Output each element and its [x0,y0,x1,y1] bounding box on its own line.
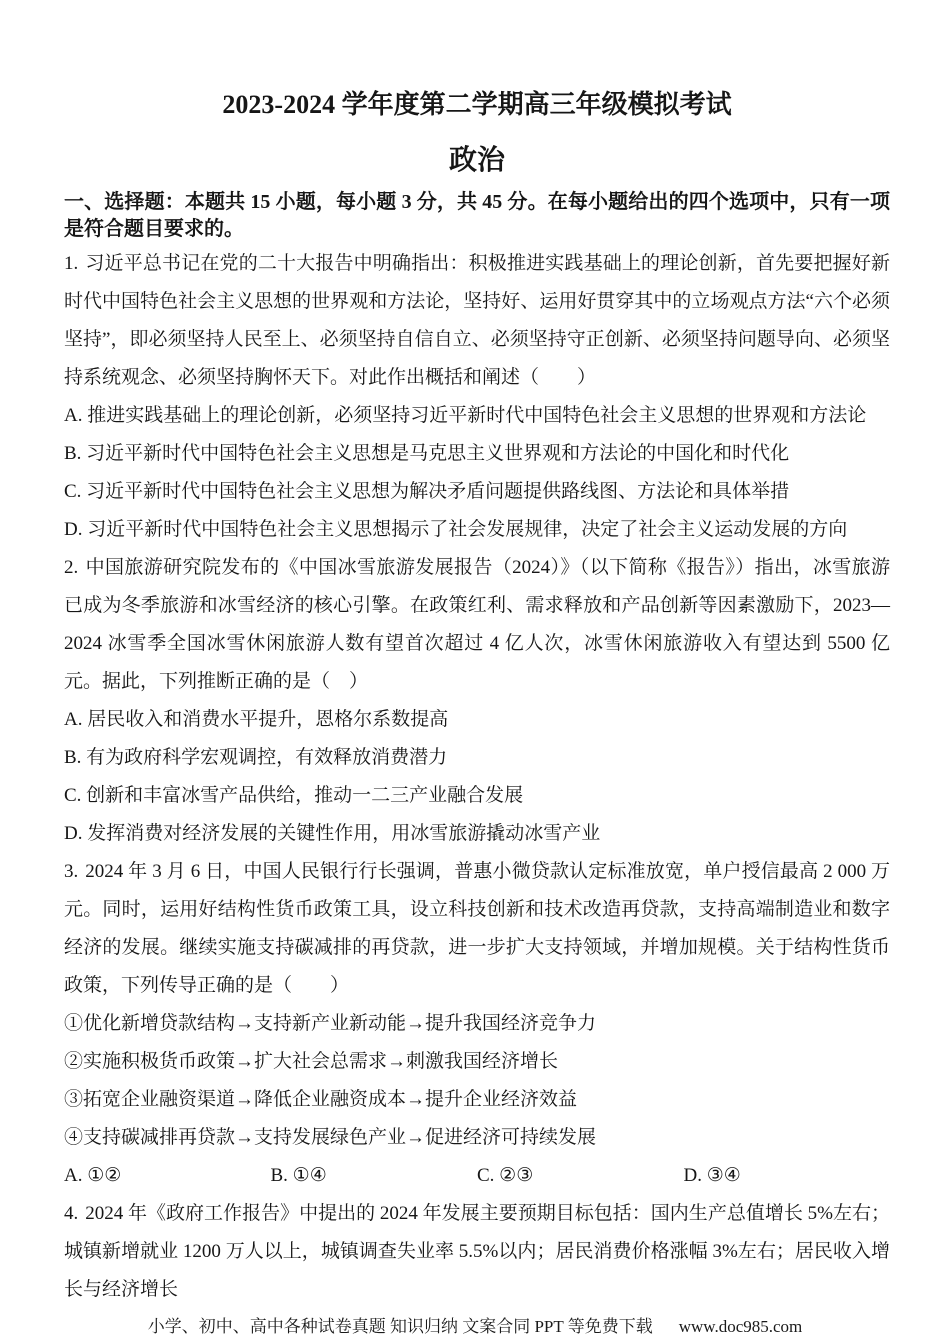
question-1-option-a: A. 推进实践基础上的理论创新，必须坚持习近平新时代中国特色社会主义思想的世界观… [64,397,890,435]
exam-paper-page: 2023-2024 学年度第二学期高三年级模拟考试 政治 一、选择题：本题共 1… [0,0,950,1344]
exam-title: 2023-2024 学年度第二学期高三年级模拟考试 [64,88,890,122]
question-3-item-2: ②实施积极货币政策→扩大社会总需求→刺激我国经济增长 [64,1043,890,1081]
question-1-option-d: D. 习近平新时代中国特色社会主义思想揭示了社会发展规律，决定了社会主义运动发展… [64,511,890,549]
question-3: 3.2024 年 3 月 6 日，中国人民银行行长强调，普惠小微贷款认定标准放宽… [64,853,890,1195]
section-one-heading: 一、选择题：本题共 15 小题，每小题 3 分，共 45 分。在每小题给出的四个… [64,189,890,243]
question-1: 1.习近平总书记在党的二十大报告中明确指出：积极推进实践基础上的理论创新，首先要… [64,245,890,549]
footer-site-url: www.doc985.com [679,1317,803,1336]
question-3-number: 3. [64,861,78,882]
question-4: 4.2024 年《政府工作报告》中提出的 2024 年发展主要预期目标包括：国内… [64,1195,890,1309]
question-2: 2.中国旅游研究院发布的《中国冰雪旅游发展报告（2024）》（以下简称《报告》）… [64,549,890,853]
question-4-number: 4. [64,1203,78,1224]
question-1-option-c: C. 习近平新时代中国特色社会主义思想为解决矛盾问题提供路线图、方法论和具体举措 [64,473,890,511]
question-2-stem: 2.中国旅游研究院发布的《中国冰雪旅游发展报告（2024）》（以下简称《报告》）… [64,549,890,701]
question-3-choice-a: A. ①② [64,1157,271,1195]
question-2-option-a: A. 居民收入和消费水平提升，恩格尔系数提高 [64,701,890,739]
question-3-item-3: ③拓宽企业融资渠道→降低企业融资成本→提升企业经济效益 [64,1081,890,1119]
question-3-stem-text: 2024 年 3 月 6 日，中国人民银行行长强调，普惠小微贷款认定标准放宽，单… [64,861,890,996]
question-1-option-b: B. 习近平新时代中国特色社会主义思想是马克思主义世界观和方法论的中国化和时代化 [64,435,890,473]
question-4-stem-text: 2024 年《政府工作报告》中提出的 2024 年发展主要预期目标包括：国内生产… [64,1203,890,1300]
question-2-option-c: C. 创新和丰富冰雪产品供给，推动一二三产业融合发展 [64,777,890,815]
question-3-choices-row: A. ①② B. ①④ C. ②③ D. ③④ [64,1157,890,1195]
question-3-choice-b: B. ①④ [271,1157,478,1195]
question-1-stem: 1.习近平总书记在党的二十大报告中明确指出：积极推进实践基础上的理论创新，首先要… [64,245,890,397]
question-2-stem-text: 中国旅游研究院发布的《中国冰雪旅游发展报告（2024）》（以下简称《报告》）指出… [64,557,890,692]
exam-subject: 政治 [64,143,890,179]
page-content: 2023-2024 学年度第二学期高三年级模拟考试 政治 一、选择题：本题共 1… [0,88,950,1309]
question-3-item-4: ④支持碳减排再贷款→支持发展绿色产业→促进经济可持续发展 [64,1119,890,1157]
question-3-stem: 3.2024 年 3 月 6 日，中国人民银行行长强调，普惠小微贷款认定标准放宽… [64,853,890,1005]
page-footer: 小学、初中、高中各种试卷真题 知识归纳 文案合同 PPT 等免费下载www.do… [0,1316,950,1338]
footer-promo-text: 小学、初中、高中各种试卷真题 知识归纳 文案合同 PPT 等免费下载 [148,1317,653,1336]
question-1-stem-text: 习近平总书记在党的二十大报告中明确指出：积极推进实践基础上的理论创新，首先要把握… [64,253,890,388]
question-2-option-d: D. 发挥消费对经济发展的关键性作用，用冰雪旅游撬动冰雪产业 [64,815,890,853]
question-3-choice-c: C. ②③ [477,1157,684,1195]
question-2-number: 2. [64,557,78,578]
questions-area: 1.习近平总书记在党的二十大报告中明确指出：积极推进实践基础上的理论创新，首先要… [64,245,890,1309]
question-2-option-b: B. 有为政府科学宏观调控，有效释放消费潜力 [64,739,890,777]
question-4-stem: 4.2024 年《政府工作报告》中提出的 2024 年发展主要预期目标包括：国内… [64,1195,890,1309]
question-3-item-1: ①优化新增贷款结构→支持新产业新动能→提升我国经济竞争力 [64,1005,890,1043]
question-1-number: 1. [64,253,78,274]
question-3-choice-d: D. ③④ [684,1157,891,1195]
